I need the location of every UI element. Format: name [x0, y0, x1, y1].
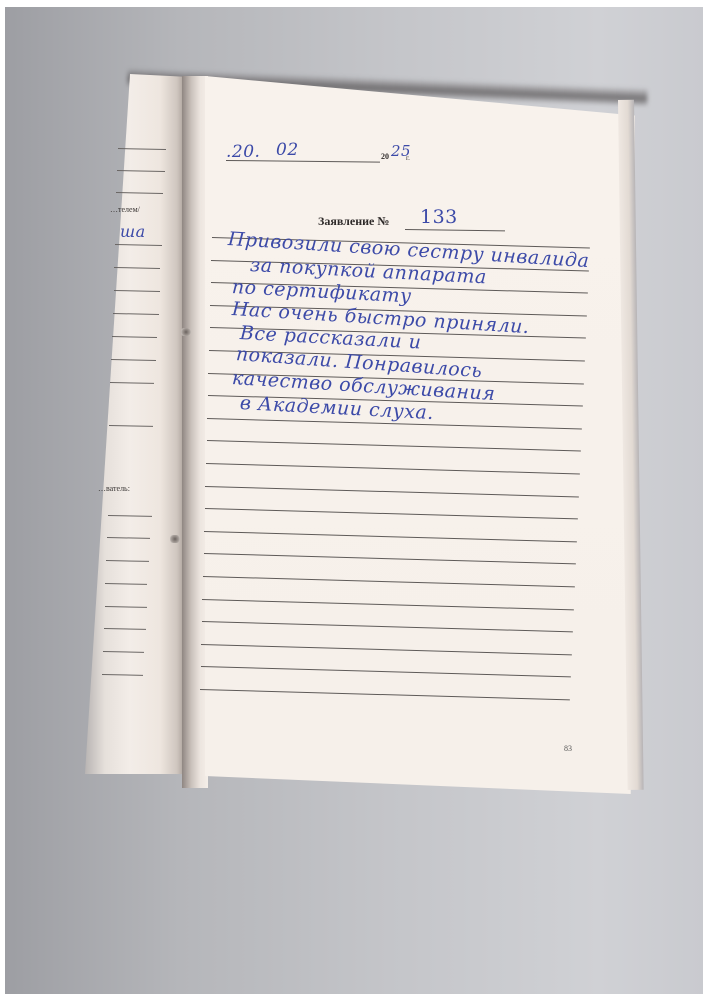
- date-month: 02: [276, 140, 299, 160]
- date-year-prefix: 20: [381, 152, 389, 161]
- statement-number: 133: [420, 206, 458, 228]
- left-page: [85, 74, 185, 774]
- statement-label: Заявление №: [318, 214, 389, 229]
- notebook: …телем/ ша …ватель: .20. 02 20 25 г. Зая…: [0, 0, 708, 1000]
- right-page: [205, 76, 635, 794]
- date-day: .20.: [226, 142, 260, 162]
- left-page-label-top: …телем/: [110, 205, 140, 214]
- notebook-spine: [182, 76, 208, 788]
- left-page-handwriting: ша: [120, 222, 146, 241]
- left-page-label-bottom: …ватель:: [98, 484, 130, 493]
- staple-icon: [181, 328, 191, 336]
- page-number: 83: [564, 744, 572, 753]
- staple-icon: [170, 535, 180, 543]
- date-year-suffix: г.: [406, 154, 410, 162]
